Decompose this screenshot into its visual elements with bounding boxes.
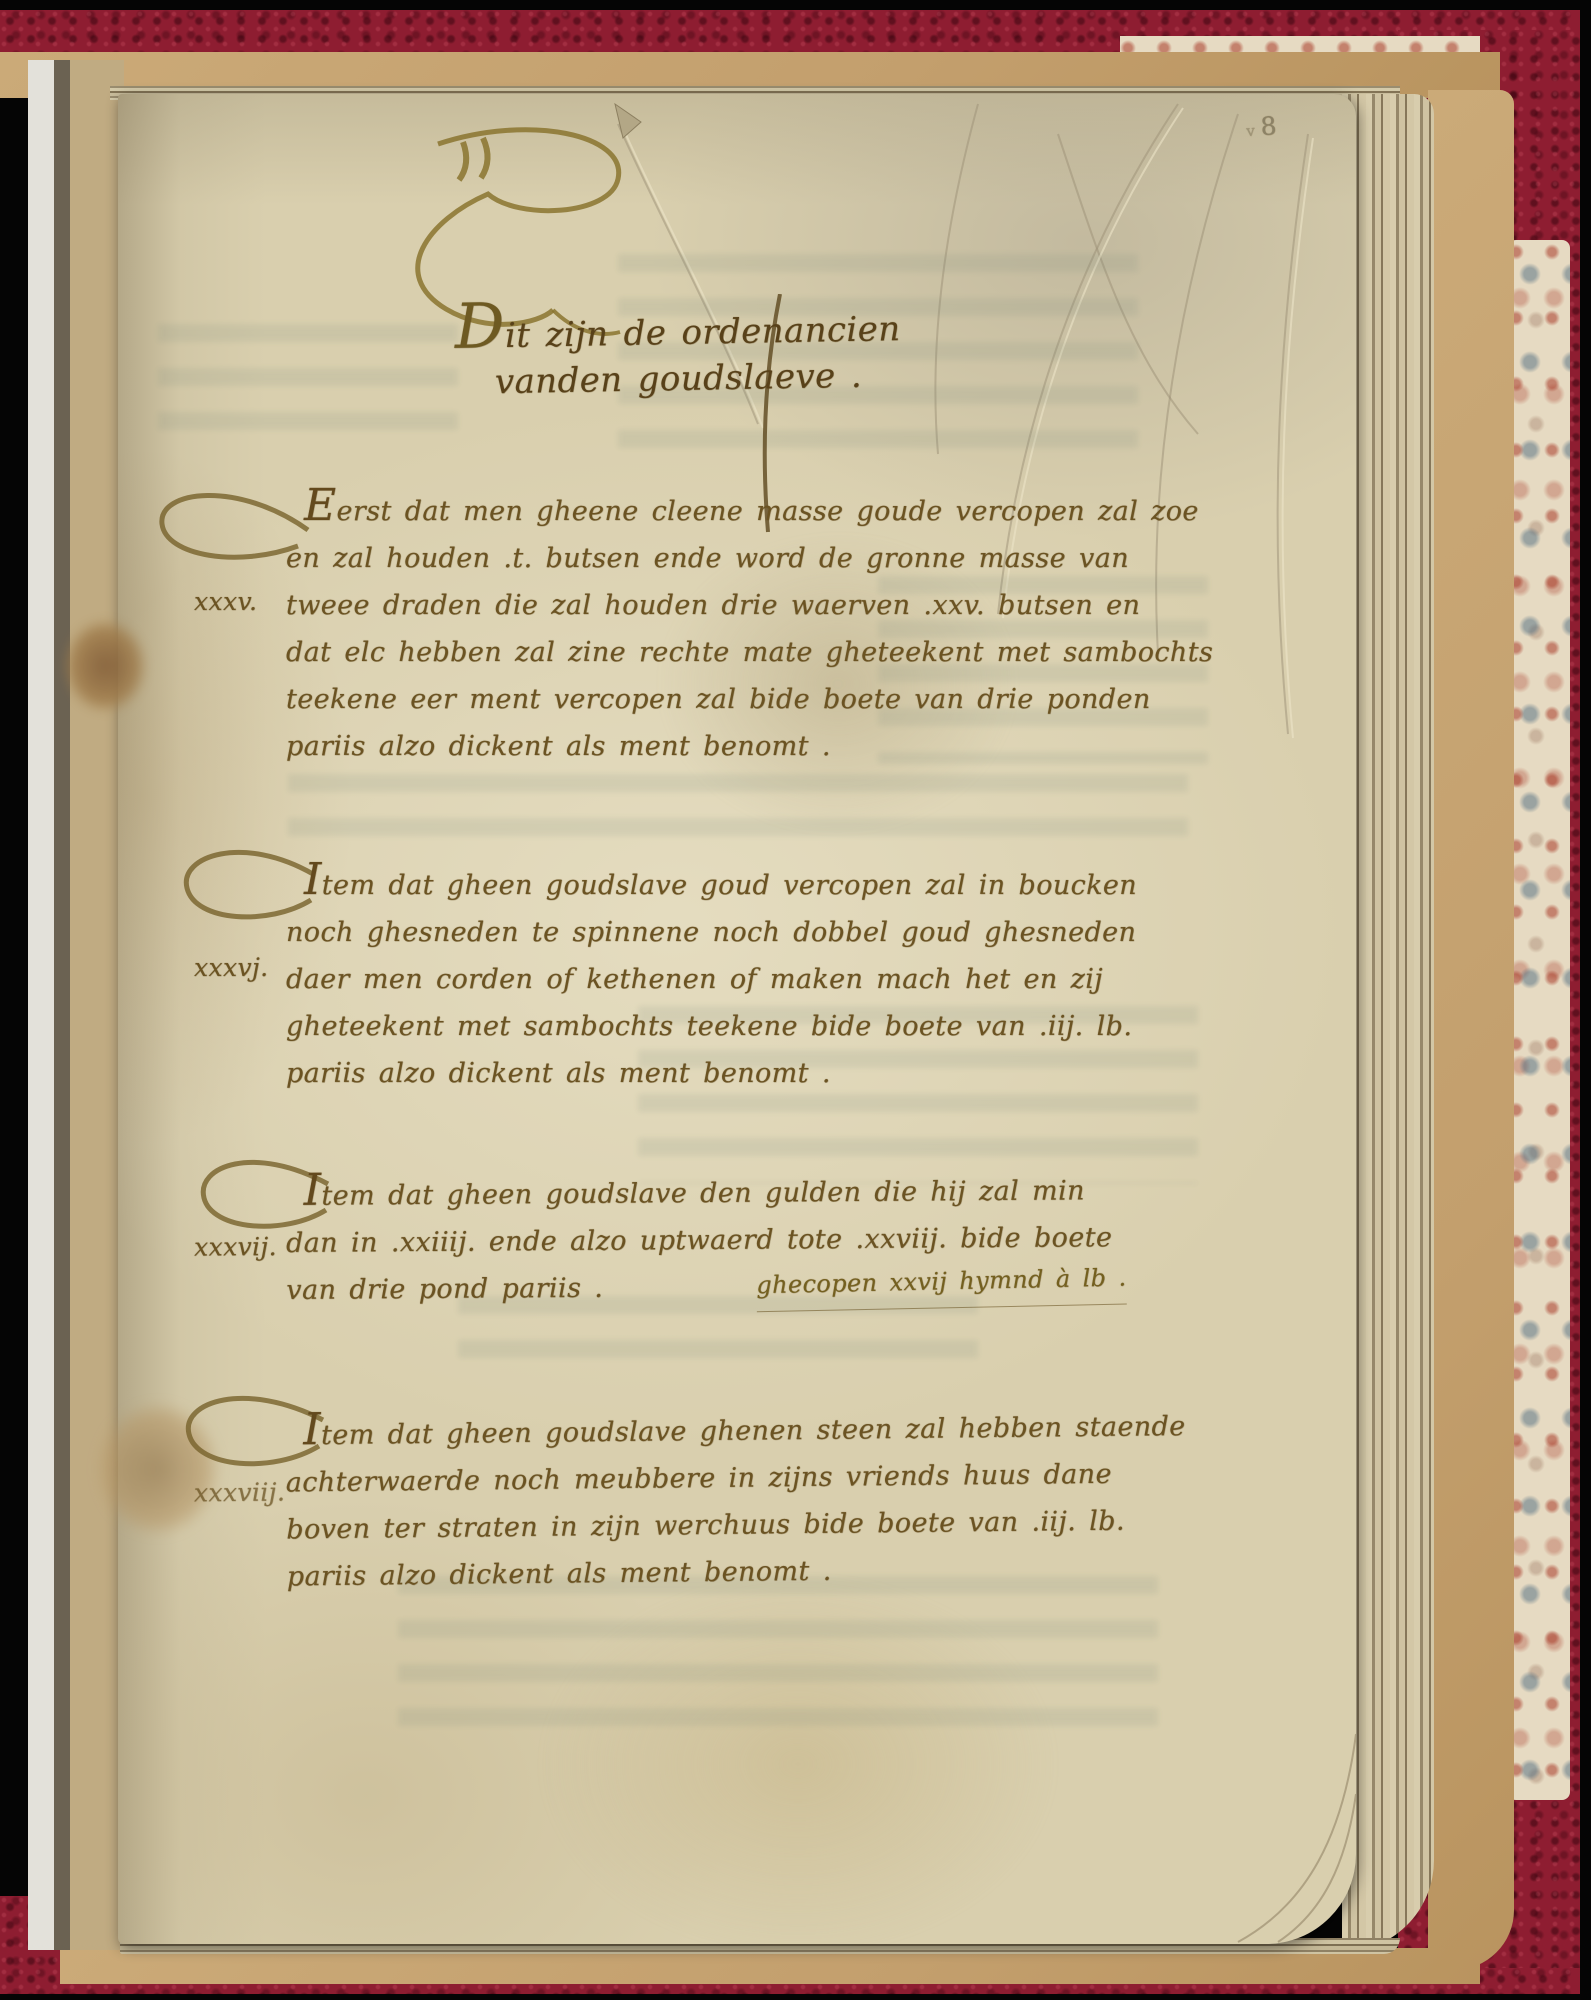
manuscript-line: tweee draden die zal houden drie waerven… — [286, 582, 1136, 629]
manuscript-line: boven ter straten in zijn werchuus bide … — [286, 1498, 1136, 1554]
manuscript-line: Eerst dat men gheene cleene masse goude … — [286, 482, 1136, 535]
margin-numeral: xxxvij. — [194, 1223, 277, 1271]
book-photo: v8 Dit zijn de ordenancien — [0, 0, 1591, 2000]
manuscript-section: xxxvj.Item dat gheen goudslave goud verc… — [286, 856, 1136, 1097]
manuscript-line: noch ghesneden te spinnene noch dobbel g… — [286, 909, 1136, 956]
manuscript-line: Item dat gheen goudslave den gulden die … — [285, 1161, 1135, 1220]
manuscript-section: xxxvij.Item dat gheen goudslave den guld… — [285, 1161, 1136, 1314]
margin-numeral: xxxviij. — [194, 1468, 286, 1516]
manuscript-section: xxxviij.Item dat gheen goudslave ghenen … — [285, 1398, 1137, 1601]
margin-numeral: xxxv. — [194, 578, 257, 625]
manuscript-line: daer men corden of kethenen of maken mac… — [286, 956, 1136, 1003]
manuscript-page: v8 Dit zijn de ordenancien — [118, 94, 1356, 1944]
manuscript-line: dat elc hebben zal zine rechte mate ghet… — [286, 629, 1136, 676]
text-block: xxxv.Eerst dat men gheene cleene masse g… — [118, 94, 1356, 1944]
flyleaf-right-edge — [1428, 90, 1514, 1970]
manuscript-line: teekene eer ment vercopen zal bide boete… — [286, 676, 1136, 723]
manuscript-section: xxxv.Eerst dat men gheene cleene masse g… — [286, 482, 1136, 770]
margin-numeral: xxxvj. — [194, 944, 269, 991]
manuscript-line: Item dat gheen goudslave ghenen steen za… — [285, 1398, 1136, 1460]
manuscript-line: Item dat gheen goudslave goud vercopen z… — [286, 856, 1136, 909]
manuscript-line: pariis alzo dickent als ment benomt . — [286, 1050, 1136, 1097]
manuscript-line: en zal houden .t. butsen ende word de gr… — [286, 535, 1136, 582]
interlinear-addition: ghecopen xxvij hymnd à lb . — [756, 1255, 1127, 1313]
manuscript-line: pariis alzo dickent als ment benomt . — [286, 723, 1136, 770]
manuscript-line: pariis alzo dickent als ment benomt . — [287, 1545, 1137, 1601]
gutter-left-edge — [28, 60, 124, 1950]
endpaper-right — [1508, 240, 1570, 1800]
manuscript-line: gheteekent met sambochts teekene bide bo… — [286, 1003, 1136, 1050]
